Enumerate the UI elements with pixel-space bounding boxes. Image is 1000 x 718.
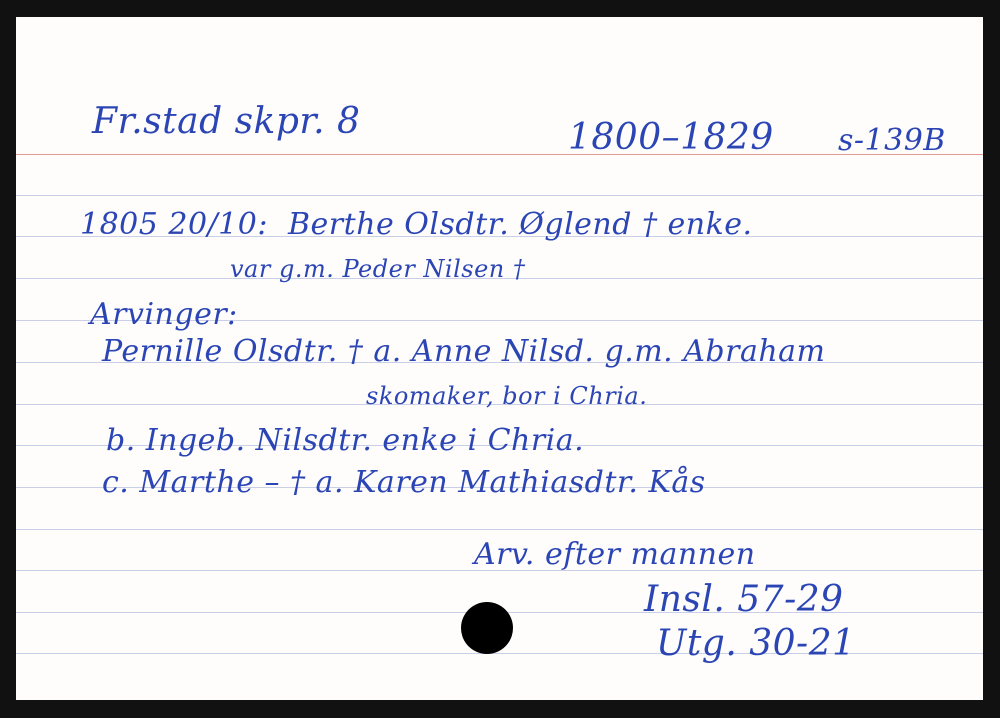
header-place: Fr.stad skpr. 8 bbox=[92, 101, 360, 142]
heir-line: Pernille Olsdtr. † a. Anne Nilsd. g.m. A… bbox=[102, 334, 826, 369]
heir-line: b. Ingeb. Nilsdtr. enke i Chria. bbox=[106, 423, 584, 458]
reference-insl: Insl. 57-29 bbox=[644, 579, 844, 620]
entry-spouse: var g.m. Peder Nilsen † bbox=[230, 255, 525, 283]
archive-index-card: Fr.stad skpr. 8 1800–1829 s-139B 1805 20… bbox=[16, 17, 983, 700]
heirs-label: Arvinger: bbox=[90, 297, 238, 332]
ruled-line bbox=[16, 529, 983, 530]
punch-hole bbox=[461, 602, 513, 654]
entry-date: 1805 20/10: bbox=[80, 207, 268, 242]
entry-deceased: Berthe Olsdtr. Øglend † enke. bbox=[288, 207, 753, 242]
heir-line: c. Marthe – † a. Karen Mathiasdtr. Kås bbox=[102, 465, 706, 500]
inheritance-note: Arv. efter mannen bbox=[474, 537, 756, 572]
header-reference: s-139B bbox=[838, 123, 946, 158]
header-years: 1800–1829 bbox=[568, 117, 774, 158]
heir-line: skomaker, bor i Chria. bbox=[366, 382, 647, 410]
ruled-line bbox=[16, 195, 983, 196]
reference-utg: Utg. 30-21 bbox=[656, 623, 856, 664]
